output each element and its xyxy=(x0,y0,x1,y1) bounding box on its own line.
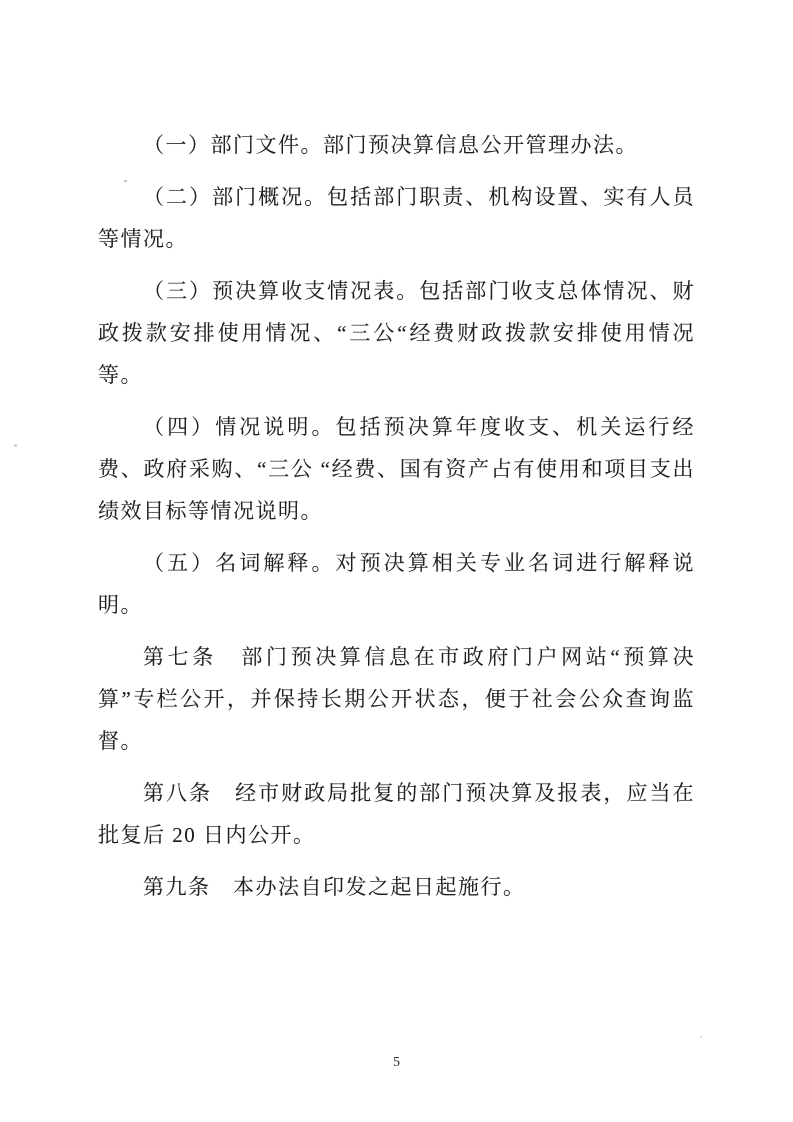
scan-speck xyxy=(124,180,127,182)
paragraph-article-7: 第七条 部门预决算信息在市政府门户网站“预算决算”专栏公开，并保持长期公开状态，… xyxy=(98,636,695,762)
paragraph-item-5: （五）名词解释。对预决算相关专业名词进行解释说明。 xyxy=(98,542,695,626)
document-page: （一）部门文件。部门预决算信息公开管理办法。 （二）部门概况。包括部门职责、机构… xyxy=(0,0,793,1122)
scan-speck xyxy=(700,1036,702,1038)
paragraph-item-2: （二）部门概况。包括部门职责、机构设置、实有人员等情况。 xyxy=(98,176,695,260)
paragraph-item-4: （四）情况说明。包括预决算年度收支、机关运行经费、政府采购、“三公 “经费、国有… xyxy=(98,406,695,532)
paragraph-item-3: （三）预决算收支情况表。包括部门收支总体情况、财政拨款安排使用情况、“三公“经费… xyxy=(98,270,695,396)
document-body: （一）部门文件。部门预决算信息公开管理办法。 （二）部门概况。包括部门职责、机构… xyxy=(98,124,695,918)
paragraph-article-8: 第八条 经市财政局批复的部门预决算及报表，应当在批复后 20 日内公开。 xyxy=(98,772,695,856)
page-number: 5 xyxy=(0,1055,793,1071)
paragraph-item-1: （一）部门文件。部门预决算信息公开管理办法。 xyxy=(98,124,695,166)
paragraph-article-9: 第九条 本办法自印发之起日起施行。 xyxy=(98,866,695,908)
scan-speck xyxy=(14,444,17,447)
